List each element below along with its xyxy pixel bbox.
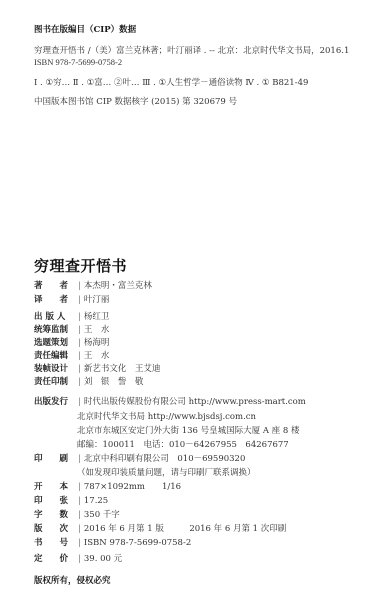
publisher-row: 出版发行|时代出版传媒股份有限公司 http://www.press-mart.… [34, 395, 306, 407]
separator: | [78, 295, 81, 305]
cip-isbn: ISBN 978-7-5699-0758-2 [34, 57, 122, 67]
separator: | [78, 524, 81, 534]
staff-value: 刘 银 訾 敬 [84, 375, 144, 387]
spec-row: 书 号|ISBN 978-7-5699-0758-2 [34, 536, 191, 548]
book-title: 穷理查开悟书 [34, 255, 127, 276]
credit-value: 本杰明・富兰克林 [84, 279, 152, 291]
spec-label: 印 张 [34, 494, 76, 506]
separator: | [78, 554, 81, 564]
copyright-notice: 版权所有，侵权必究 [34, 574, 111, 586]
publisher-contact: 邮编：100011 电话：010－64267955 64267677 [77, 438, 289, 450]
spec-value: 787×1092mm 1/16 [84, 480, 181, 492]
separator: | [78, 312, 81, 322]
separator: | [78, 397, 81, 407]
credit-value: 叶汀丽 [84, 293, 110, 305]
publisher-imprint-url: 北京时代华文书局 http://www.bjsdsj.com.cn [77, 410, 256, 422]
cip-classification: Ⅰ . ①穷… Ⅱ . ①富… ②叶… Ⅲ . ①人生哲学－通俗读物 Ⅳ . ①… [34, 76, 308, 88]
staff-row: 选题策划|杨海明 [34, 336, 109, 348]
publisher-name-url: 时代出版传媒股份有限公司 http://www.press-mart.com [84, 395, 306, 407]
printer-note: （如发现印装质量问题，请与印刷厂联系调换） [77, 466, 256, 478]
separator: | [78, 338, 81, 348]
staff-value: 杨红卫 [84, 310, 110, 322]
spec-label: 版 次 [34, 522, 76, 534]
cip-heading: 图书在版编目（CIP）数据 [34, 23, 136, 35]
separator: | [78, 454, 81, 464]
credit-label: 译 者 [34, 293, 76, 305]
spec-row: 版 次|2016 年 6 月第 1 版 2016 年 6 月第 1 次印刷 [34, 522, 286, 534]
spec-value: 2016 年 6 月第 1 版 2016 年 6 月第 1 次印刷 [84, 522, 286, 534]
credit-label: 著 者 [34, 279, 76, 291]
separator: | [78, 351, 81, 361]
separator: | [78, 496, 81, 506]
staff-value: 王 水 [84, 323, 110, 335]
separator: | [78, 510, 81, 520]
spec-label: 书 号 [34, 536, 76, 548]
staff-label: 统筹监制 [34, 323, 76, 335]
staff-row: 责任印制|刘 银 訾 敬 [34, 375, 143, 387]
spec-value: ISBN 978-7-5699-0758-2 [84, 538, 191, 548]
separator: | [78, 364, 81, 374]
spec-row: 字 数|350 千字 [34, 508, 120, 520]
staff-label: 责任印制 [34, 375, 76, 387]
spec-row: 开 本|787×1092mm 1/16 [34, 480, 181, 492]
printer-name-phone: 北京中科印刷有限公司 010－69590320 [84, 452, 246, 464]
staff-row: 统筹监制|王 水 [34, 323, 109, 335]
separator: | [78, 281, 81, 291]
spec-label: 字 数 [34, 508, 76, 520]
publisher-address: 北京市东城区安定门外大街 136 号皇城国际大厦 A 座 8 楼 [77, 424, 299, 436]
staff-value: 王 水 [84, 349, 110, 361]
price-value: 39. 00 元 [84, 552, 122, 564]
price-label: 定 价 [34, 552, 76, 564]
staff-row: 装帧设计|新艺书文化 王艾迪 [34, 362, 160, 374]
staff-row: 出 版 人|杨红卫 [34, 310, 109, 322]
spec-value: 17.25 [84, 496, 108, 506]
separator: | [78, 377, 81, 387]
cip-approval-number: 中国版本图书馆 CIP 数据核字 (2015) 第 320679 号 [34, 95, 237, 107]
staff-value: 杨海明 [84, 336, 110, 348]
spec-row: 印 张|17.25 [34, 494, 108, 506]
printer-label: 印 刷 [34, 452, 76, 464]
printer-row: 印 刷|北京中科印刷有限公司 010－69590320 [34, 452, 245, 464]
separator: | [78, 325, 81, 335]
staff-label: 出 版 人 [34, 310, 76, 322]
credit-row-translator: 译 者|叶汀丽 [34, 293, 109, 305]
staff-row: 责任编辑|王 水 [34, 349, 109, 361]
credit-row-author: 著 者|本杰明・富兰克林 [34, 279, 152, 291]
separator: | [78, 538, 81, 548]
spec-value: 350 千字 [84, 508, 120, 520]
staff-label: 责任编辑 [34, 349, 76, 361]
cip-bibliographic-line: 穷理查开悟书 /（美）富兰克林著；叶汀丽译 . -- 北京：北京时代华文书局，2… [34, 44, 349, 56]
staff-label: 选题策划 [34, 336, 76, 348]
staff-value: 新艺书文化 王艾迪 [84, 362, 161, 374]
publisher-label: 出版发行 [34, 395, 76, 407]
separator: | [78, 482, 81, 492]
price-row: 定 价|39. 00 元 [34, 552, 122, 564]
spec-label: 开 本 [34, 480, 76, 492]
staff-label: 装帧设计 [34, 362, 76, 374]
